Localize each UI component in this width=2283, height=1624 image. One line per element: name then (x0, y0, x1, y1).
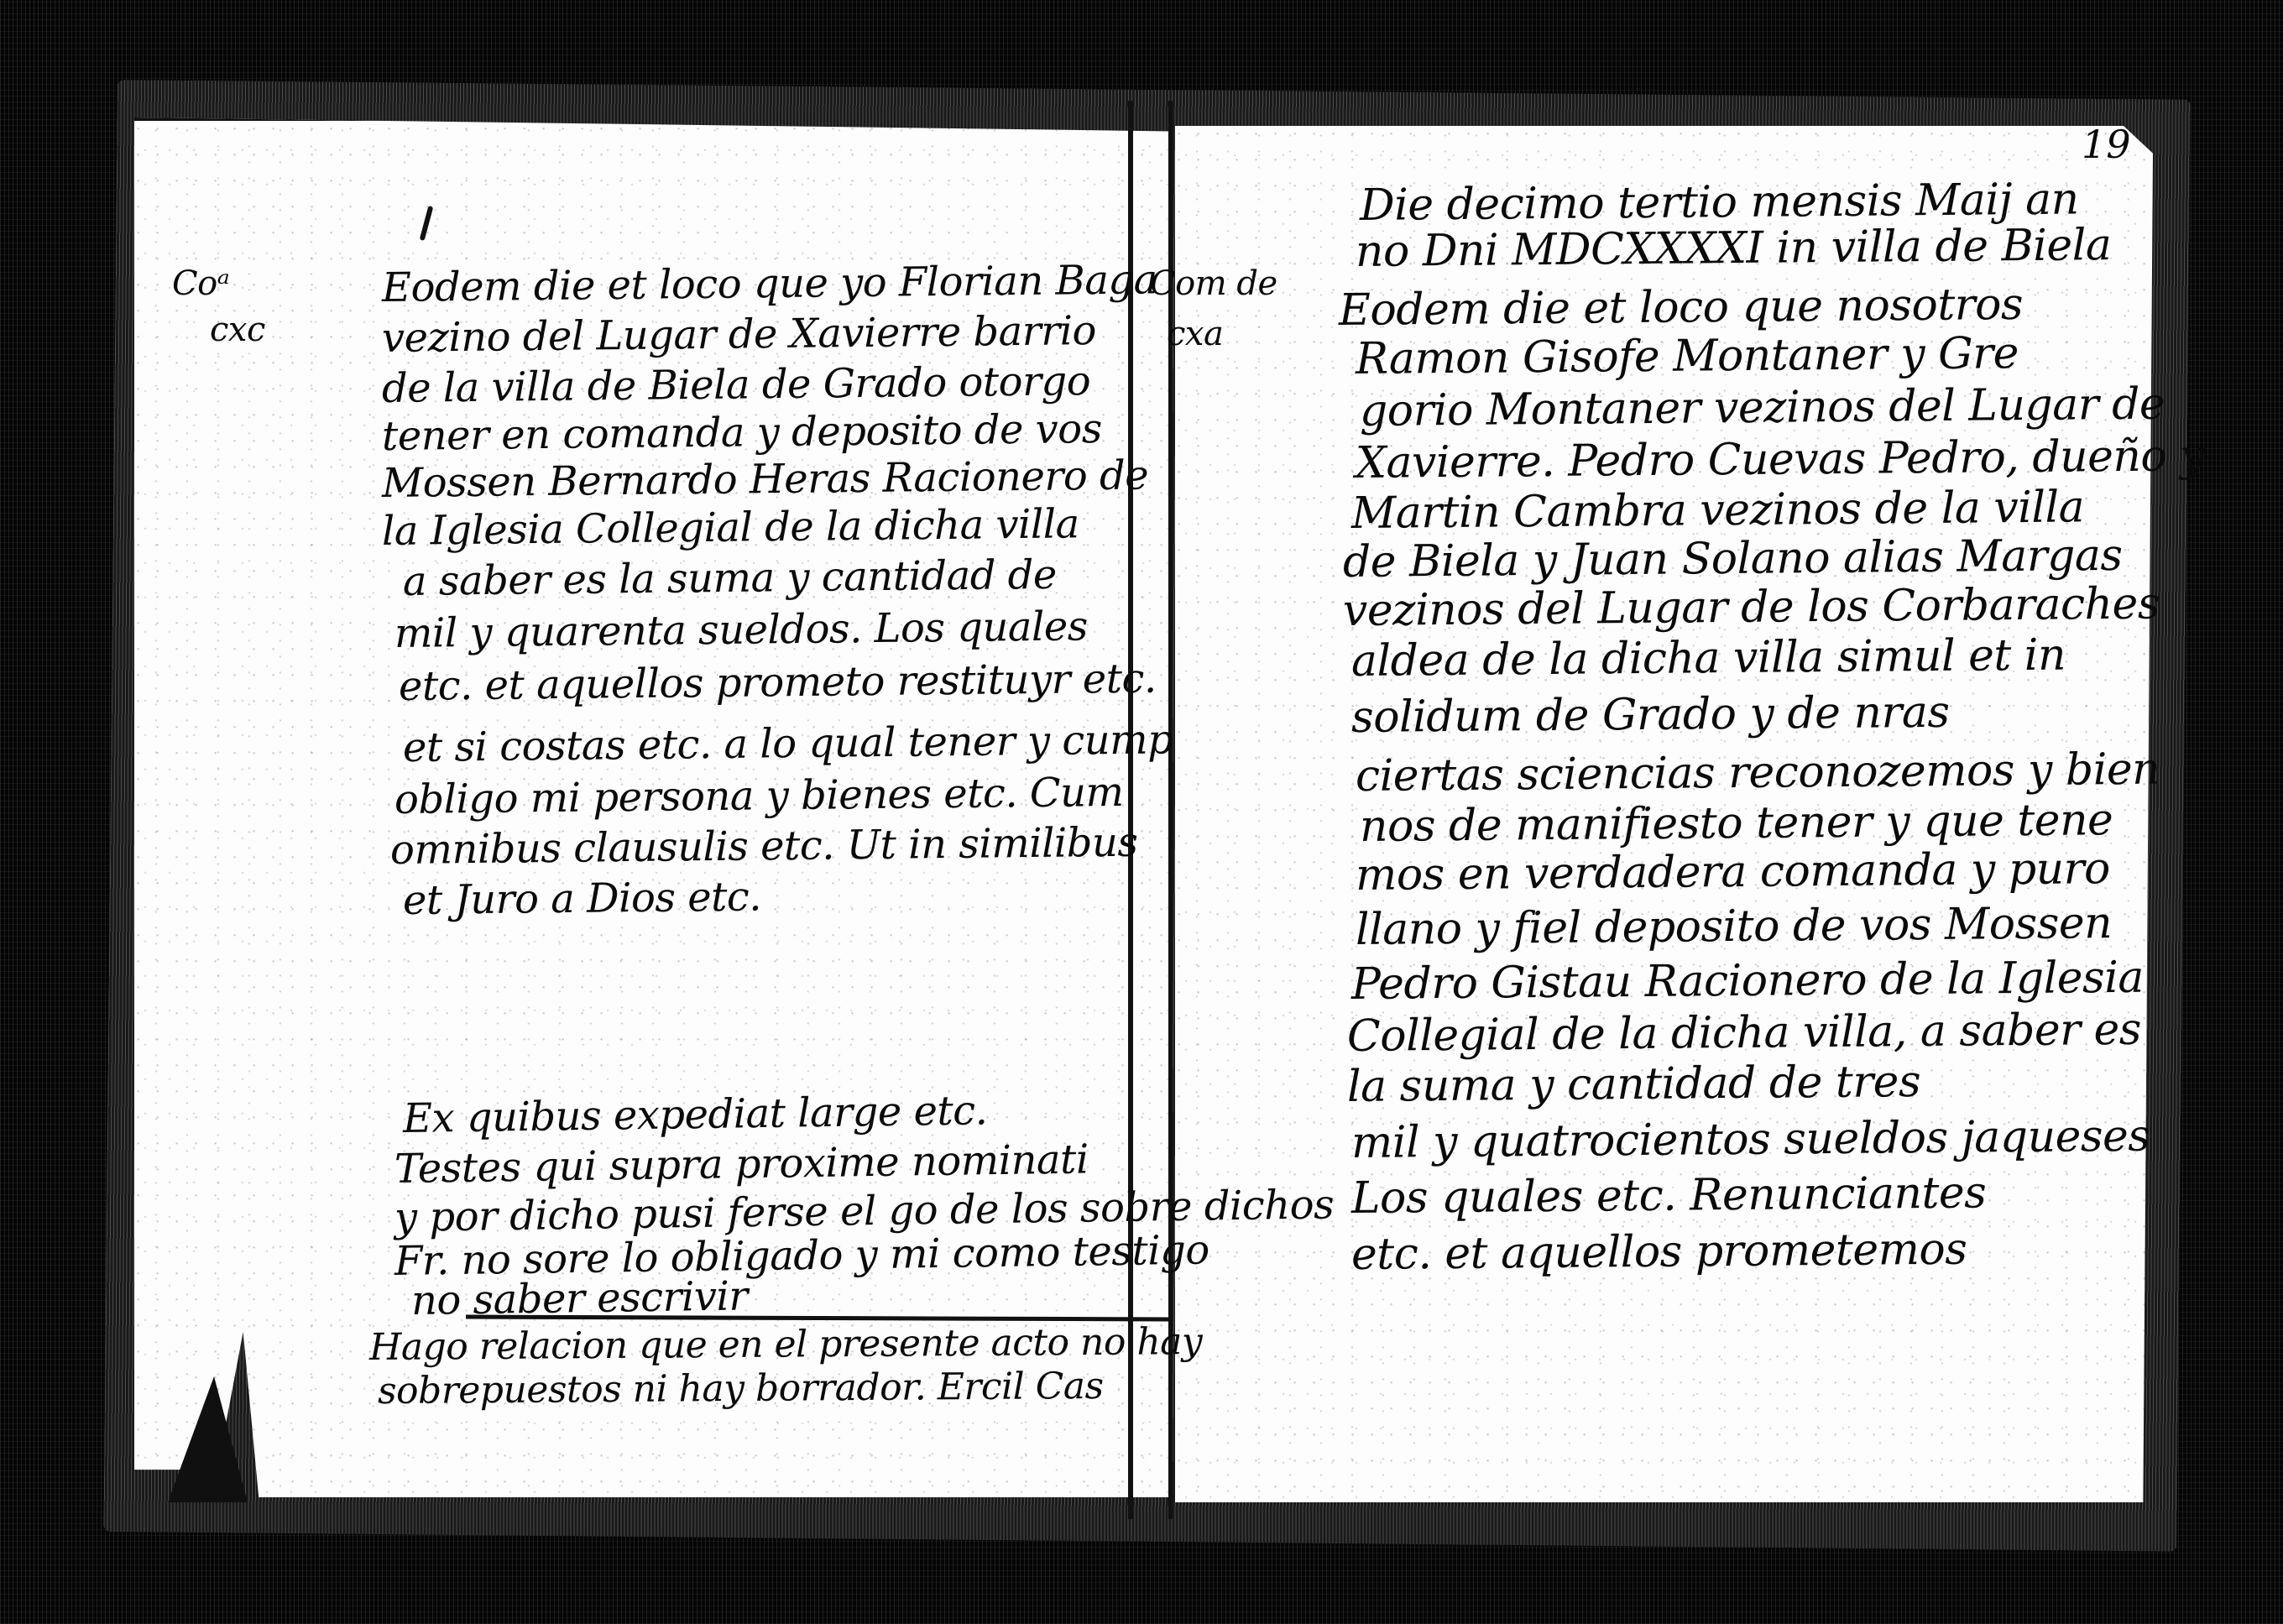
manuscript-line: llano y fiel deposito de vos Mossen (1356, 898, 2113, 955)
manuscript-line: de Biela y Juan Solano alias Margas (1343, 530, 2123, 587)
manuscript-line: et Juro a Dios etc. (403, 874, 762, 924)
manuscript-line: solidum de Grado y de nras (1351, 687, 1950, 743)
margin-note: cxc (210, 311, 265, 349)
manuscript-line: Mossen Bernardo Heras Racionero de (382, 452, 1149, 507)
folio-number: 19 (2082, 122, 2131, 167)
margin-note: cxa (1167, 315, 1223, 353)
witness-line: Testes qui supra proxime nominati (394, 1136, 1089, 1193)
manuscript-line: de la villa de Biela de Grado otorgo (382, 358, 1091, 412)
manuscript-line: Xavierre. Pedro Cuevas Pedro, dueño y (1356, 431, 2205, 488)
margin-note: Coᵃ (172, 264, 229, 303)
manuscript-line: etc. et aquellos prometemos (1351, 1225, 1967, 1280)
manuscript-line: Pedro Gistau Racionero de la Iglesia (1351, 953, 2144, 1010)
manuscript-line: mil y quarenta sueldos. Los quales (394, 603, 1088, 657)
manuscript-line: Ramon Gisofe Montaner y Gre (1356, 328, 2019, 384)
left-page-ruled-margin (1128, 101, 1133, 1519)
book-gutter (1168, 101, 1173, 1519)
manuscript-line: nos de manifiesto tener y que tene (1360, 795, 2113, 852)
manuscript-line: et si costas etc. a lo qual tener y cump (403, 716, 1173, 771)
manuscript-line: omnibus clausulis etc. Ut in similibus (390, 819, 1138, 874)
notary-line: Hago relacion que en el presente acto no… (369, 1320, 1203, 1369)
manuscript-line: vezinos del Lugar de los Corbaraches (1343, 579, 2160, 636)
manuscript-line: la suma y cantidad de tres (1347, 1057, 1921, 1112)
manuscript-line: Los quales etc. Renunciantes (1351, 1167, 1987, 1224)
manuscript-line: a saber es la suma y cantidad de (403, 551, 1057, 605)
margin-note: Com de (1150, 264, 1277, 303)
manuscript-line: Eodem die et loco que nosotros (1339, 279, 2024, 336)
manuscript-line: ciertas sciencias reconozemos y bien (1356, 744, 2160, 802)
witness-line: no saber escrivir (411, 1272, 749, 1324)
manuscript-line: vezino del Lugar de Xavierre barrio (382, 307, 1096, 362)
page-tear (168, 1376, 248, 1502)
manuscript-line: tener en comanda y deposito de vos (382, 405, 1102, 460)
manuscript-line: obligo mi persona y bienes etc. Cum (394, 769, 1124, 823)
manuscript-line: etc. et aquellos prometo restituyr etc. (399, 655, 1157, 710)
manuscript-line: mil y quatrocientos sueldos jaqueses (1351, 1111, 2150, 1168)
manuscript-line: Martin Cambra vezinos de la villa (1351, 482, 2085, 539)
manuscript-line: gorio Montaner vezinos del Lugar de (1360, 379, 2165, 436)
witness-line: Ex quibus expediat large etc. (403, 1087, 988, 1142)
manuscript-line: mos en verdadera comanda y puro (1356, 843, 2110, 901)
manuscript-line: aldea de la dicha villa simul et in (1351, 630, 2066, 687)
manuscript-line: Eodem die et loco que yo Florian Baga (382, 256, 1157, 311)
notary-line: sobrepuestos ni hay borrador. Ercil Cas (378, 1365, 1104, 1413)
manuscript-line: la Iglesia Collegial de la dicha villa (382, 500, 1079, 555)
manuscript-line: no Dni MDCXXXXI in villa de Biela (1356, 220, 2112, 277)
manuscript-line: Collegial de la dicha villa, a saber es (1347, 1005, 2141, 1062)
